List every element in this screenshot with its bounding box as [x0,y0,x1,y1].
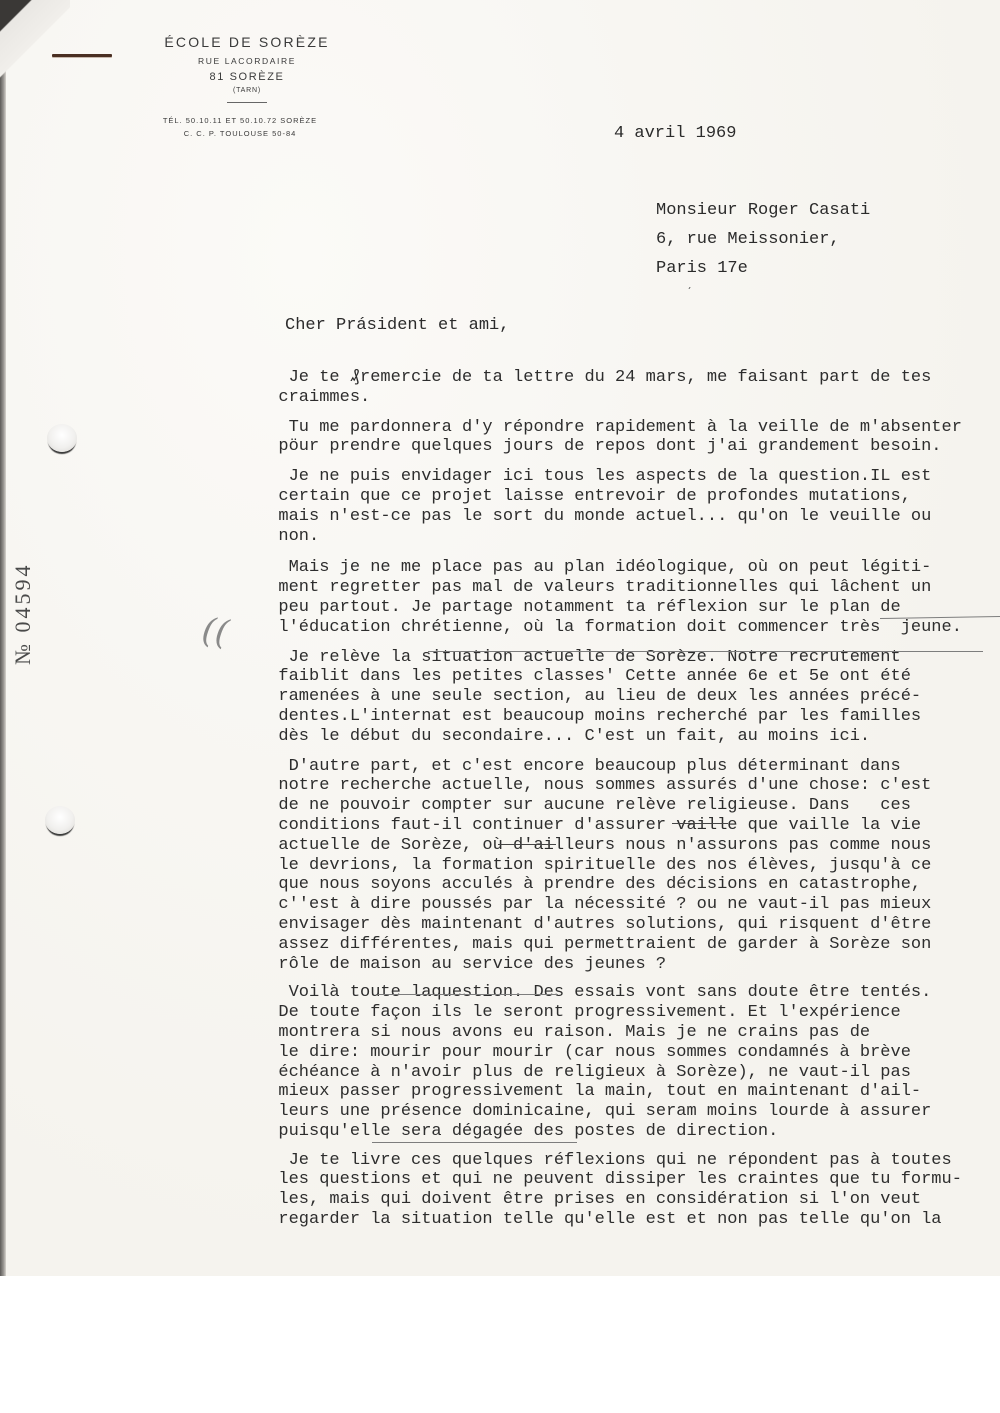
paragraph: Je te ₰remercie de ta lettre du 24 mars,… [258,368,1000,408]
pencil-tick-mark: ˊ [686,286,693,300]
text-line: l'éducation chrétienne, où la formation … [258,618,1000,638]
letterhead-divider [227,102,267,103]
text-line: Je ne puis envidager ici tous les aspect… [258,467,1000,487]
paper-edge-shadow [0,0,6,1276]
letterhead-street: RUE LACORDAIRE [124,56,370,66]
text-line: pöur prendre quelques jours de repos don… [258,437,1000,457]
recipient-name: Monsieur Roger Casati [656,196,870,225]
typed-underline [672,823,728,824]
text-line: peu partout. Je partage notamment ta réf… [258,598,1000,618]
text-line: actuelle de Sorèze, où d'ailleurs nous n… [258,836,1000,856]
pencil-underline [372,1142,577,1143]
text-line: que nous soyons acculés à prendre des dé… [258,875,1000,895]
text-line: ment regretter pas mal de valeurs tradit… [258,578,1000,598]
text-line: faiblit dans les petites classes' Cette … [258,667,1000,687]
text-line: certain que ce projet laisse entrevoir d… [258,487,1000,507]
text-line: Je te ₰remercie de ta lettre du 24 mars,… [258,368,1000,388]
punch-hole-icon [45,806,75,834]
text-line: dentes.L'internat est beaucoup moins rec… [258,707,1000,727]
text-line: ramenées à une seule section, au lieu de… [258,687,1000,707]
text-line: mais n'est-ce pas le sort du monde actue… [258,507,1000,527]
letter-date: 4 avril 1969 [614,124,736,143]
text-line: puisqu'elle sera dégagée des postes de d… [258,1122,1000,1142]
text-line: non. [258,527,1000,547]
recipient-city: Paris 17e [656,254,870,283]
paragraph: D'autre part, et c'est encore beaucoup p… [258,757,1000,975]
staple-icon [52,54,112,57]
text-line: montrera si nous avons eu raison. Mais j… [258,1023,1000,1043]
folded-corner [0,0,70,100]
letterhead-city: 81 SORÈZE [124,71,370,83]
text-line: les questions et qui ne peuvent dissiper… [258,1170,1000,1190]
text-line: De toute façon ils le seront progressive… [258,1003,1000,1023]
text-line: mieux passer progressivement la main, to… [258,1082,1000,1102]
text-line: les, mais qui doivent être prises en con… [258,1190,1000,1210]
text-line: regarder la situation telle qu'elle est … [258,1210,1000,1230]
letterhead-postal-account: C. C. P. TOULOUSE 50-84 [110,129,370,138]
text-line: D'autre part, et c'est encore beaucoup p… [258,757,1000,777]
text-line: Je te livre ces quelques réflexions qui … [258,1151,1000,1171]
paragraph: Tu me pardonnera d'y répondre rapidement… [258,418,1000,458]
paragraph: Je te livre ces quelques réflexions qui … [258,1151,1000,1230]
text-line: de ne pouvoir compter sur aucune relève … [258,796,1000,816]
letter-page: ÉCOLE DE SORÈZE RUE LACORDAIRE 81 SORÈZE… [0,0,1000,1276]
letterhead-department: (TARN) [124,87,370,94]
paragraph: Voilà toute laquestion. Des essais vont … [258,983,1000,1141]
text-line: le devrions, la formation spirituelle de… [258,856,1000,876]
institution-name: ÉCOLE DE SORÈZE [124,34,370,50]
text-line: leurs une présence dominicaine, qui sera… [258,1102,1000,1122]
recipient-address: Monsieur Roger Casati 6, rue Meissonier,… [656,196,870,283]
letterhead: ÉCOLE DE SORÈZE RUE LACORDAIRE 81 SORÈZE… [110,34,370,138]
text-line: le dire: mourir pour mourir (car nous so… [258,1043,1000,1063]
text-line: assez différentes, mais qui permettraien… [258,935,1000,955]
serial-number: № 04594 [10,563,36,666]
text-line: conditions faut-il continuer d'assurer v… [258,816,1000,836]
text-line: échéance à n'avoir plus de religieux à S… [258,1063,1000,1083]
pencil-underline [378,994,558,995]
text-line: craimmes. [258,388,1000,408]
pencil-underline [428,651,983,652]
letter-body: Je te ₰remercie de ta lettre du 24 mars,… [258,368,1000,1240]
typed-underline [498,844,556,845]
paragraph: Mais je ne me place pas au plan idéologi… [258,558,1000,637]
text-line: Tu me pardonnera d'y répondre rapidement… [258,418,1000,438]
recipient-street: 6, rue Meissonier, [656,225,870,254]
salutation: Cher Prásident et ami, [285,316,509,335]
paragraph: Je ne puis envidager ici tous les aspect… [258,467,1000,546]
text-line: dès le début du secondaire... C'est un f… [258,727,1000,747]
paragraph: Je relève la situation actuelle de Sorèz… [258,648,1000,747]
letterhead-telephone: TÉL. 50.10.11 ET 50.10.72 SORÈZE [110,116,370,125]
punch-hole-icon [47,424,77,452]
handwritten-margin-mark: (( [199,610,231,653]
text-line: notre recherche actuelle, nous sommes as… [258,776,1000,796]
text-line: Mais je ne me place pas au plan idéologi… [258,558,1000,578]
text-line: c''est à dire poussés par la nécessité ?… [258,895,1000,915]
text-line: rôle de maison au service des jeunes ? [258,955,1000,975]
text-line: envisager dès maintenant d'autres soluti… [258,915,1000,935]
text-line: Voilà toute laquestion. Des essais vont … [258,983,1000,1003]
